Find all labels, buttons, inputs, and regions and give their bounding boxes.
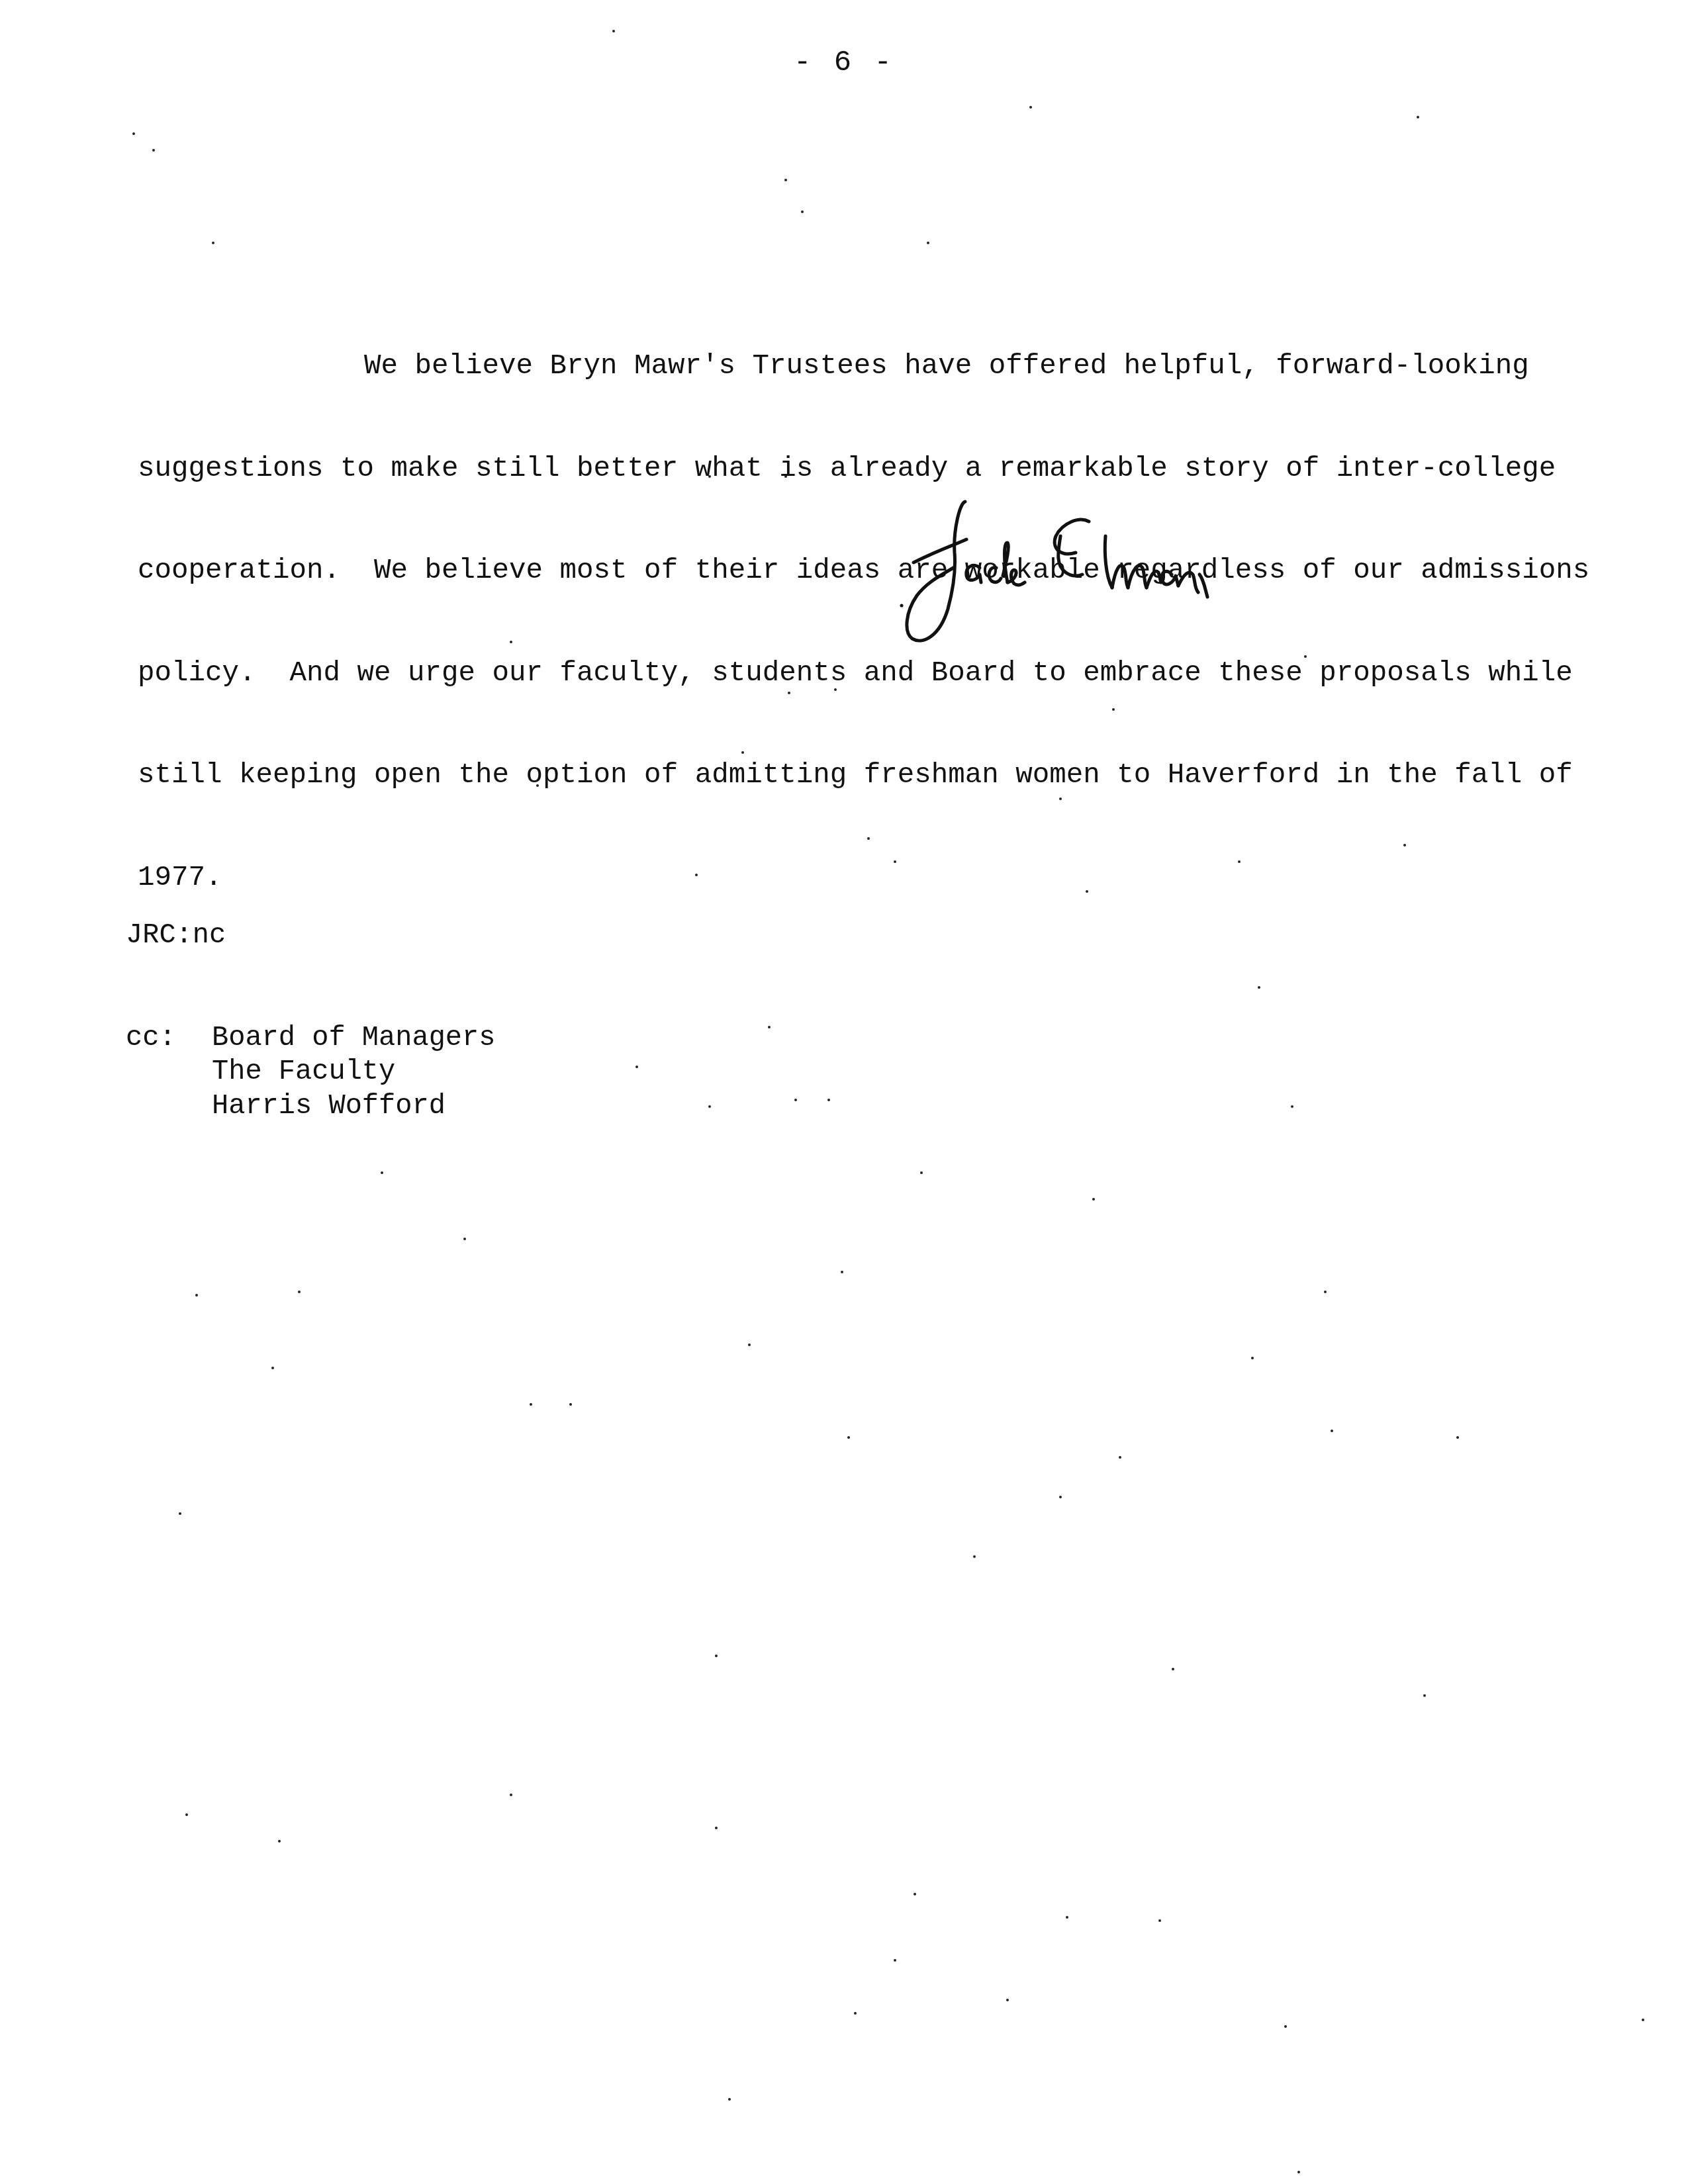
paragraph-line: policy. And we urge our faculty, student… xyxy=(138,657,1614,691)
cc-recipient: Board of Managers xyxy=(212,1021,495,1056)
paragraph-line: We believe Bryn Mawr's Trustees have off… xyxy=(138,349,1614,384)
cc-recipient: Harris Wofford xyxy=(212,1089,495,1124)
paragraph-line: suggestions to make still better what is… xyxy=(138,452,1614,486)
document-page: - 6 - We believe Bryn Mawr's Trustees ha… xyxy=(0,0,1688,2184)
page-number: - 6 - xyxy=(0,46,1688,79)
signature-icon xyxy=(887,490,1337,662)
cc-recipient-list: Board of Managers The Faculty Harris Wof… xyxy=(212,1021,495,1124)
reference-initials: JRC:nc xyxy=(126,919,495,953)
paragraph-line: cooperation. We believe most of their id… xyxy=(138,554,1614,588)
closing-block: JRC:nc cc: Board of Managers The Faculty… xyxy=(126,850,495,1191)
cc-section: cc: Board of Managers The Faculty Harris… xyxy=(126,1021,495,1124)
cc-recipient: The Faculty xyxy=(212,1055,495,1089)
paragraph-line: still keeping open the option of admitti… xyxy=(138,758,1614,793)
cc-label: cc: xyxy=(126,1021,212,1124)
